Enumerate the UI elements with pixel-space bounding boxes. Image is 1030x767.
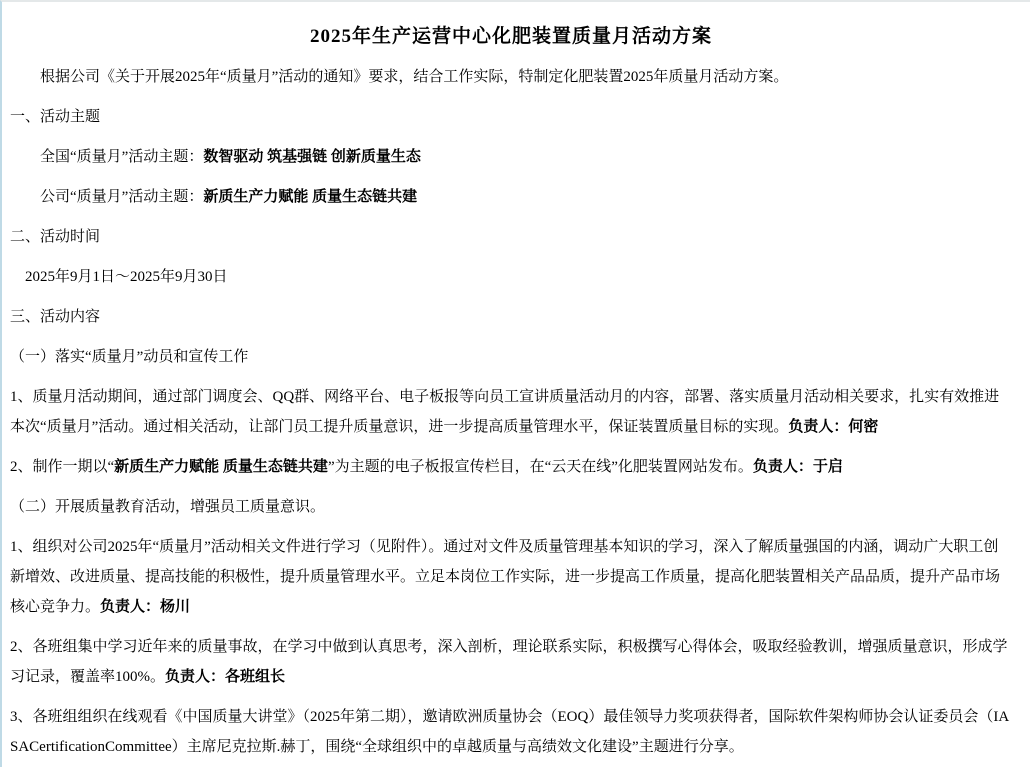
subsection-heading-mobilization: （一）落实“质量月”动员和宣传工作 xyxy=(10,342,1012,372)
paragraph-education-2-owner: 负责人：各班组长 xyxy=(165,669,285,685)
paragraph-mobilization-2: 2、制作一期以“新质生产力赋能 质量生态链共建”为主题的电子板报宣传栏目，在“云… xyxy=(10,452,1012,482)
intro-paragraph: 根据公司《关于开展2025年“质量月”活动的通知》要求，结合工作实际，特制定化肥… xyxy=(10,62,1012,92)
paragraph-education-1: 1、组织对公司2025年“质量月”活动相关文件进行学习（见附件）。通过对文件及质… xyxy=(10,532,1012,622)
section-heading-activity-theme: 一、活动主题 xyxy=(10,102,1012,132)
paragraph-education-1-owner: 负责人：杨川 xyxy=(100,599,190,615)
paragraph-mobilization-2-prefix: 2、制作一期以“ xyxy=(10,459,114,475)
national-theme-line: 全国“质量月”活动主题：数智驱动 筑基强链 创新质量生态 xyxy=(10,142,1012,172)
paragraph-mobilization-2-suffix: ”为主题的电子板报宣传栏目，在“云天在线”化肥装置网站发布。 xyxy=(328,459,753,475)
document-title: 2025年生产运营中心化肥装置质量月活动方案 xyxy=(10,22,1012,52)
section-heading-activity-content: 三、活动内容 xyxy=(10,302,1012,332)
company-theme-line: 公司“质量月”活动主题：新质生产力赋能 质量生态链共建 xyxy=(10,182,1012,212)
paragraph-mobilization-1: 1、质量月活动期间，通过部门调度会、QQ群、网络平台、电子板报等向员工宣讲质量活… xyxy=(10,382,1012,442)
paragraph-education-2-text: 2、各班组集中学习近年来的质量事故，在学习中做到认真思考，深入剖析，理论联系实际… xyxy=(10,639,1008,685)
paragraph-education-3: 3、各班组组织在线观看《中国质量大讲堂》（2025年第二期），邀请欧洲质量协会（… xyxy=(10,702,1012,762)
document-page: 2025年生产运营中心化肥装置质量月活动方案 根据公司《关于开展2025年“质量… xyxy=(0,0,1030,767)
subsection-heading-education: （二）开展质量教育活动，增强员工质量意识。 xyxy=(10,492,1012,522)
paragraph-education-2: 2、各班组集中学习近年来的质量事故，在学习中做到认真思考，深入剖析，理论联系实际… xyxy=(10,632,1012,692)
company-theme-value: 新质生产力赋能 质量生态链共建 xyxy=(203,189,417,205)
paragraph-mobilization-1-owner: 负责人：何密 xyxy=(788,419,878,435)
national-theme-value: 数智驱动 筑基强链 创新质量生态 xyxy=(203,149,421,165)
paragraph-mobilization-2-theme: 新质生产力赋能 质量生态链共建 xyxy=(114,459,328,475)
activity-time-range: 2025年9月1日～2025年9月30日 xyxy=(10,262,1012,292)
paragraph-mobilization-2-owner: 负责人：于启 xyxy=(753,459,843,475)
national-theme-label: 全国“质量月”活动主题： xyxy=(40,149,203,165)
company-theme-label: 公司“质量月”活动主题： xyxy=(40,189,203,205)
section-heading-activity-time: 二、活动时间 xyxy=(10,222,1012,252)
